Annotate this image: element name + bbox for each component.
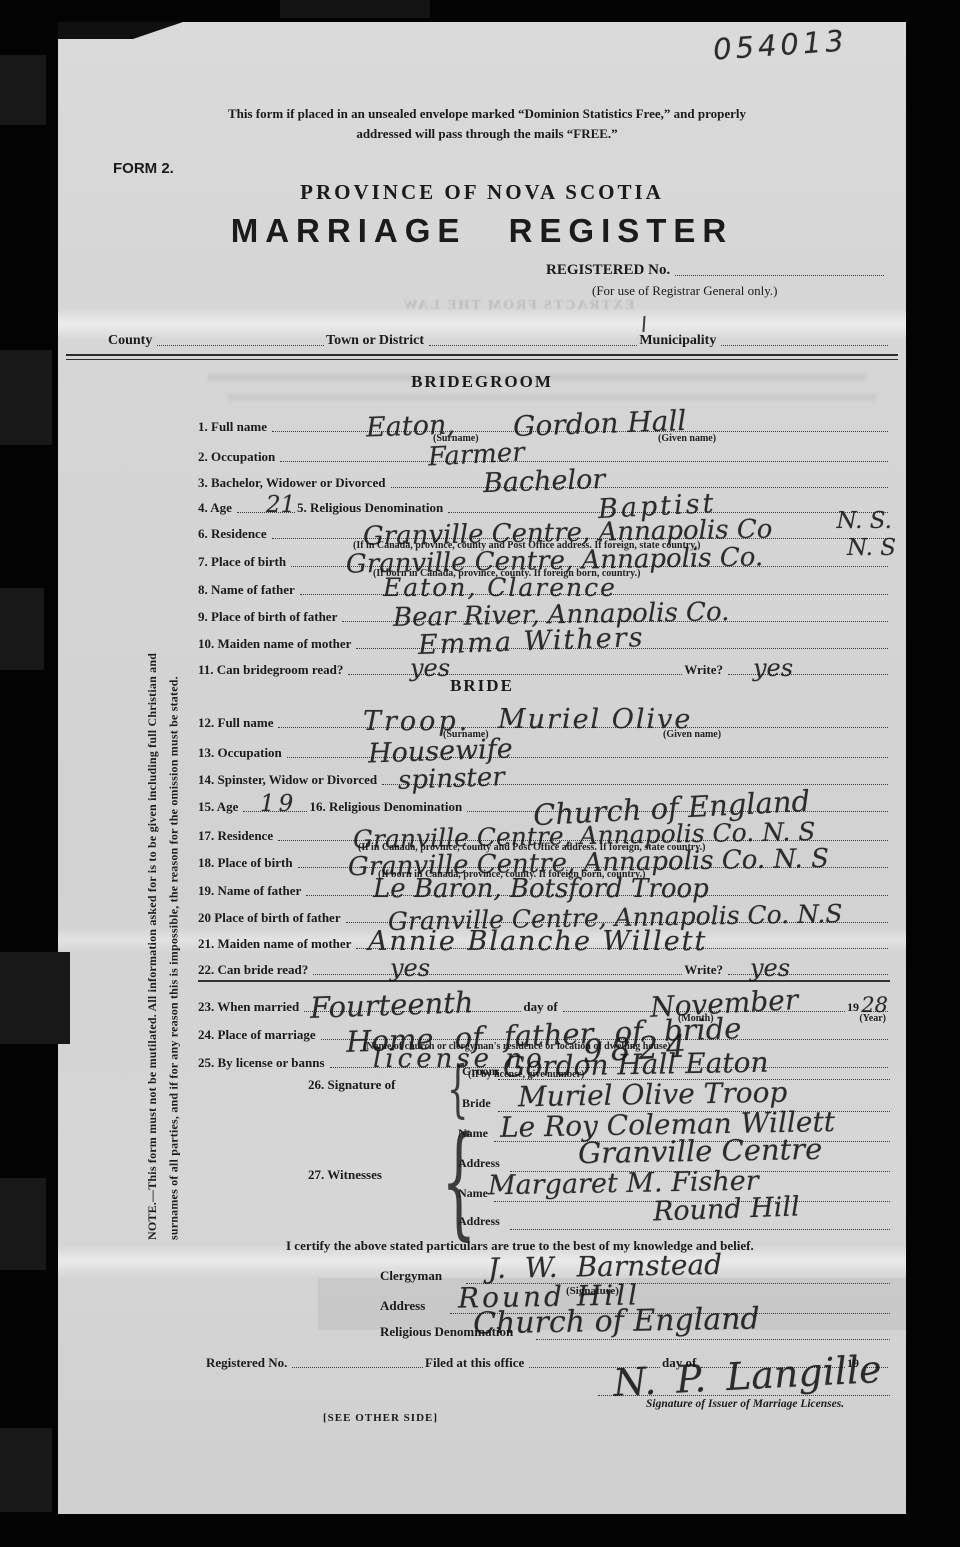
clergyman-label: Clergyman [380, 1268, 442, 1284]
handwritten-bride-age: 19 [260, 791, 297, 817]
handwritten-bride-status: spinster [398, 762, 506, 796]
dotted-line [675, 274, 884, 276]
field-label: 14. Spinster, Widow or Divorced [198, 772, 377, 788]
handwritten-bride-can-write: yes [750, 954, 790, 982]
handwritten-bride-father: Le Baron, Botsford Troop [373, 874, 709, 904]
witness1-address-label: Address [458, 1156, 500, 1171]
province-title: PROVINCE OF NOVA SCOTIA [58, 180, 906, 205]
town-district-label: Town or District [326, 333, 424, 349]
film-edge-blob [0, 1178, 46, 1270]
field-label: 8. Name of father [198, 582, 295, 598]
field-label: 6. Residence [198, 526, 267, 542]
field-label: 24. Place of marriage [198, 1027, 316, 1043]
bridegroom-section-title: BRIDEGROOM [58, 372, 906, 392]
field-row-when-married: 23. When married day of 19 (Month) (Year… [198, 998, 890, 1015]
field-row-groom-mother: 10. Maiden name of mother Emma Withers [198, 635, 890, 652]
field-row-place-of-marriage: 24. Place of marriage (Name of church or… [198, 1026, 890, 1043]
field-label: 13. Occupation [198, 745, 282, 761]
handwritten-groom-birthplace-province: N. S [847, 535, 896, 561]
field-row-groom-age-religion: 4. Age 5. Religious Denomination 21 Bapt… [198, 499, 890, 516]
handwritten-groom-can-read: yes [410, 654, 450, 682]
dotted-line [721, 344, 888, 346]
see-other-side: [SEE OTHER SIDE] [323, 1412, 438, 1424]
field-row-groom-occupation: 2. Occupation Farmer [198, 448, 890, 465]
microfilm-scan: EXTRACTS FROM THE LAW 054013 This form i… [0, 0, 960, 1547]
field-label: 15. Age [198, 799, 238, 815]
witness2-name-label: Name [458, 1186, 488, 1201]
dotted-line [429, 344, 637, 346]
field-label: 21. Maiden name of mother [198, 936, 351, 952]
field-label: 10. Maiden name of mother [198, 636, 351, 652]
witnesses-label: 27. Witnesses [308, 1167, 382, 1183]
mail-instruction: This form if placed in an unsealed envel… [162, 104, 812, 144]
field-row-groom-status: 3. Bachelor, Widower or Divorced Bachelo… [198, 474, 890, 491]
film-edge-blob [0, 588, 44, 670]
field-label: 4. Age [198, 500, 232, 516]
field-row-bride-full-name: 12. Full name (Surname) (Given name) Tro… [198, 714, 890, 731]
film-edge-blob [0, 952, 70, 1044]
field-label: 25. By license or banns [198, 1055, 325, 1071]
field-label: 9. Place of birth of father [198, 609, 337, 625]
handwritten-groom-can-write: yes [753, 654, 793, 682]
field-label: 23. When married [198, 999, 299, 1015]
film-edge-blob [0, 350, 52, 445]
film-edge-blob [280, 0, 430, 18]
field-label: 1. Full name [198, 419, 267, 435]
year-printed-label: 19 [847, 1000, 859, 1015]
field-row-bride-residence: 17. Residence (If in Canada, province, c… [198, 827, 890, 844]
field-label: 7. Place of birth [198, 554, 286, 570]
field-row-groom-full-name: 1. Full name (Surname) (Given name) Eato… [198, 418, 890, 435]
margin-note-line2: surnames of all parties, and if for any … [164, 560, 186, 1240]
field-label: 3. Bachelor, Widower or Divorced [198, 475, 386, 491]
write-label: Write? [684, 962, 723, 978]
field-row-groom-father: 8. Name of father Eaton, Clarence [198, 581, 890, 598]
handwritten-bride-surname: Troop. [363, 706, 470, 737]
clergy-address-label: Address [380, 1298, 425, 1314]
dotted-line [510, 1228, 890, 1230]
field-row-bride-mother: 21. Maiden name of mother Annie Blanche … [198, 935, 890, 952]
field-row-bride-father-birthplace: 20 Place of birth of father Granville Ce… [198, 909, 890, 926]
handwritten-groom-age: 21 [266, 492, 295, 518]
page-title: MARRIAGE REGISTER [58, 212, 906, 250]
filed-label: Filed at this office [425, 1355, 524, 1371]
field-row-bride-occupation: 13. Occupation Housewife [198, 744, 890, 761]
field-label: 12. Full name [198, 715, 273, 731]
field-label: 19. Name of father [198, 883, 301, 899]
field-label: 16. Religious Denomination [309, 799, 462, 815]
registered-no-row: REGISTERED No. [546, 262, 886, 279]
field-label: 2. Occupation [198, 449, 275, 465]
handwritten-groom-status: Bachelor [482, 464, 605, 499]
dotted-line [292, 1366, 423, 1368]
mail-instruction-line1: This form if placed in an unsealed envel… [162, 104, 812, 124]
handwritten-bride-given: Muriel Olive [498, 704, 692, 735]
field-row-groom-birthplace: 7. Place of birth (If born in Canada, pr… [198, 553, 890, 570]
stray-pen-mark [642, 316, 645, 332]
field-row-bride-father: 19. Name of father Le Baron, Botsford Tr… [198, 882, 890, 899]
field-label: 18. Place of birth [198, 855, 293, 871]
field-label: 5. Religious Denomination [297, 500, 443, 516]
field-label: 22. Can bride read? [198, 962, 308, 978]
municipality-label: Municipality [639, 333, 716, 349]
marriage-register-page: EXTRACTS FROM THE LAW 054013 This form i… [58, 22, 906, 1514]
film-edge-blob [0, 55, 46, 125]
film-edge-blob [0, 1428, 52, 1512]
handwritten-bride-can-read: yes [390, 954, 430, 982]
county-label: County [108, 333, 152, 349]
day-of-label: day of [523, 999, 557, 1015]
handwritten-groom-residence-province: N. S. [836, 508, 892, 534]
field-row-groom-residence: 6. Residence (If in Canada, province, co… [198, 525, 890, 542]
field-row-bride-age-religion: 15. Age 16. Religious Denomination 19 Ch… [198, 798, 890, 815]
field-label: 20 Place of birth of father [198, 910, 341, 926]
dotted-line [313, 973, 682, 975]
registered-no-footer-label: Registered No. [206, 1355, 287, 1371]
dotted-line [280, 460, 888, 462]
handwritten-married-year: 28 [861, 993, 888, 1017]
film-number: 054013 [712, 23, 849, 66]
bleed-through-lines [228, 394, 876, 401]
dotted-line [157, 344, 324, 346]
handwritten-groom-given: Gordon Hall [512, 404, 686, 443]
handwritten-witness1-address: Granville Centre [578, 1132, 823, 1170]
witness1-name-label: Name [458, 1126, 488, 1141]
handwritten-groom-surname: Eaton, [365, 409, 455, 443]
handwritten-married-day: Fourteenth [309, 985, 474, 1025]
location-row: County Town or District Municipality [108, 332, 890, 349]
handwritten-denomination: Church of England [473, 1302, 760, 1342]
field-row-bride-birthplace: 18. Place of birth (If born in Canada, p… [198, 854, 890, 871]
field-row-groom-father-birthplace: 9. Place of birth of father Bear River, … [198, 608, 890, 625]
registrar-note: (For use of Registrar General only.) [592, 283, 777, 299]
witness2-address-label: Address [458, 1214, 500, 1229]
field-row-bride-literacy: 22. Can bride read? Write? yes yes [198, 961, 890, 978]
dotted-line [728, 673, 888, 675]
margin-note: NOTE.—This form must not be mutilated. A… [142, 560, 192, 1240]
field-label: 17. Residence [198, 828, 273, 844]
margin-note-line1: NOTE.—This form must not be mutilated. A… [142, 560, 164, 1240]
handwritten-groom-mother: Emma Withers [418, 622, 645, 661]
mail-instruction-line2: addressed will pass through the mails “F… [162, 124, 812, 144]
handwritten-bride-mother: Annie Blanche Willett [368, 926, 707, 957]
handwritten-groom-father: Eaton, Clarence [383, 573, 617, 602]
registered-no-label: REGISTERED No. [546, 262, 670, 279]
form-number: FORM 2. [113, 160, 174, 177]
dotted-line [348, 673, 682, 675]
bride-label: Bride [462, 1096, 491, 1111]
dotted-line [391, 486, 888, 488]
bleed-through-text: EXTRACTS FROM THE LAW [308, 298, 728, 314]
signature-of-label: 26. Signature of [308, 1077, 396, 1093]
double-rule [66, 354, 898, 360]
handwritten-witness2-address: Round Hill [653, 1191, 801, 1227]
